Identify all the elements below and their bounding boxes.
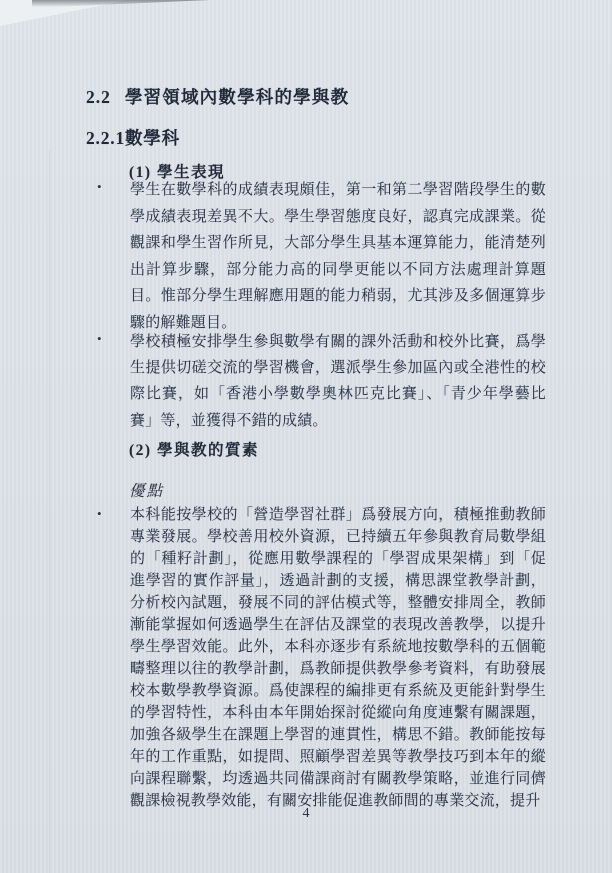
section-title: 學習領域內數學科的學與教 xyxy=(125,87,349,107)
page-number: 4 xyxy=(0,806,612,822)
bullet-icon: • xyxy=(97,506,102,522)
bullet-text: 學生在數學科的成績表現頗佳，第一和第二學習階段學生的數學成績表現差異不大。學生學… xyxy=(130,177,546,337)
bullet-text: 本科能按學校的「營造學習社群」爲發展方向，積極推動教師專業發展。學校善用校外資源… xyxy=(130,504,546,812)
section-heading: 2.2學習領域內數學科的學與教 xyxy=(86,84,349,109)
strengths-subheading: 優點 xyxy=(129,479,164,501)
bullet-item: • 學生在數學科的成績表現頗佳，第一和第二學習階段學生的數學成績表現差異不大。學… xyxy=(95,177,547,337)
bullet-item: • 學校積極安排學生參與數學有關的課外活動和校外比賽，爲學生提供切磋交流的學習機… xyxy=(95,329,547,434)
scanned-document-page: 2.2學習領域內數學科的學與教 2.2.1數學科 (1) 學生表現 • 學生在數… xyxy=(0,0,612,873)
part2-heading: (2) 學與教的質素 xyxy=(129,438,259,460)
scan-crease-line xyxy=(49,150,50,873)
scan-edge-shadow xyxy=(32,0,210,8)
bullet-icon: • xyxy=(97,331,102,347)
subsection-heading: 2.2.1數學科 xyxy=(86,125,180,150)
section-number: 2.2 xyxy=(86,87,111,107)
bullet-text: 學校積極安排學生參與數學有關的課外活動和校外比賽，爲學生提供切磋交流的學習機會，… xyxy=(130,329,546,434)
bullet-icon: • xyxy=(97,179,102,195)
bullet-item: • 本科能按學校的「營造學習社群」爲發展方向，積極推動教師專業發展。學校善用校外… xyxy=(95,504,547,812)
